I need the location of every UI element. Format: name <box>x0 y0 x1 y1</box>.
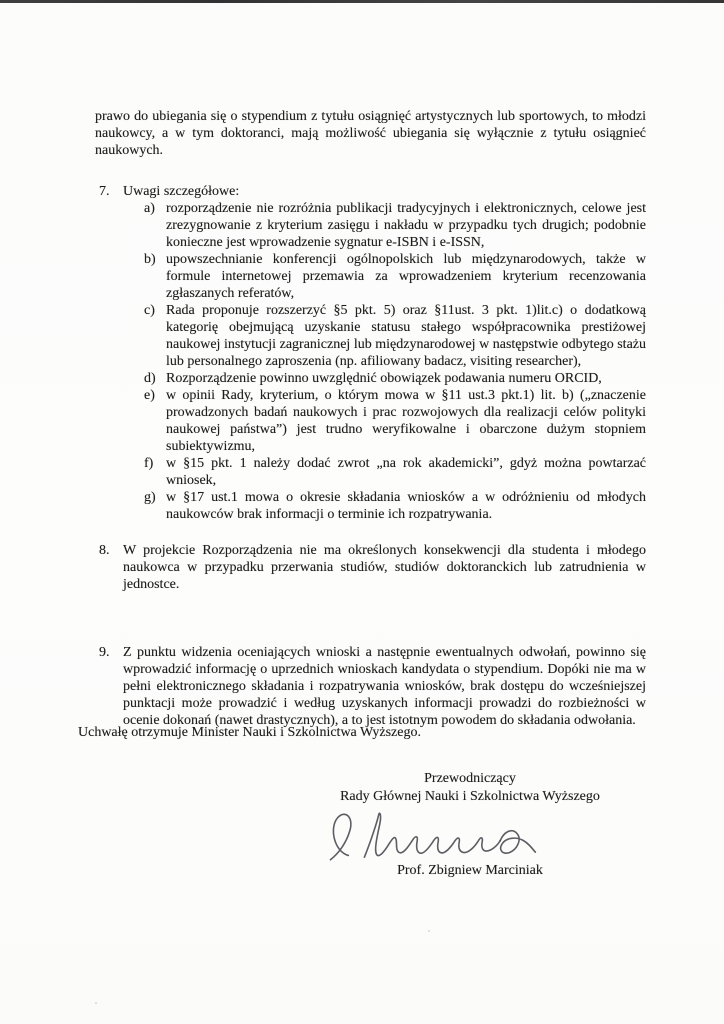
item-8-text: W projekcie Rozporządzenia nie ma określ… <box>123 543 646 592</box>
sub-item-f-text: w §15 pkt. 1 należy dodać zwrot „na rok … <box>166 456 646 488</box>
sub-item-e: e) w opinii Rady, kryterium, o którym mo… <box>78 387 646 455</box>
item-7-number: 7. <box>99 183 110 200</box>
closing-statement: Uchwałę otrzymuje Minister Nauki i Szkol… <box>78 724 646 741</box>
signature-block: Przewodniczący Rady Głównej Nauki i Szko… <box>305 770 635 880</box>
sub-item-b-text: upowszechnianie konferencji ogólnopolski… <box>166 252 646 301</box>
sub-item-a-text: rozporządzenie nie rozróżnia publikacji … <box>166 201 646 250</box>
signature-handwriting-icon <box>317 806 543 862</box>
sub-item-a: a) rozporządzenie nie rozróżnia publikac… <box>78 200 646 251</box>
sub-item-d-text: Rozporządzenie powinno uwzględnić obowią… <box>166 371 602 386</box>
item-8-number: 8. <box>99 542 110 559</box>
sub-item-a-label: a) <box>144 200 155 217</box>
item-9-text: Z punktu widzenia oceniających wnioski a… <box>123 645 646 728</box>
scan-speckle <box>95 1002 97 1004</box>
sub-item-g: g) w §17 ust.1 mowa o okresie składania … <box>78 489 646 523</box>
list-item-7: 7. Uwagi szczegółowe: a) rozporządzenie … <box>78 183 646 523</box>
sub-item-g-text: w §17 ust.1 mowa o okresie składania wni… <box>166 490 646 522</box>
list-item-9: 9. Z punktu widzenia oceniających wniosk… <box>78 644 646 729</box>
sub-item-e-text: w opinii Rady, kryterium, o którym mowa … <box>166 388 646 454</box>
sub-item-d: d) Rozporządzenie powinno uwzględnić obo… <box>78 370 646 387</box>
scan-artifact-top-edge <box>0 0 724 3</box>
sub-item-g-label: g) <box>144 489 156 506</box>
scan-speckle <box>428 930 430 932</box>
sub-item-d-label: d) <box>144 370 156 387</box>
scanned-document-page: prawo do ubiegania się o stypendium z ty… <box>0 0 724 1024</box>
signature-title-line2: Rady Głównej Nauki i Szkolnictwa Wyższeg… <box>305 788 635 806</box>
sub-item-f: f) w §15 pkt. 1 należy dodać zwrot „na r… <box>78 455 646 489</box>
signature-title-line1: Przewodniczący <box>305 770 635 788</box>
item-7-header: 7. Uwagi szczegółowe: <box>78 183 646 200</box>
item-9-number: 9. <box>99 644 110 661</box>
sub-item-b-label: b) <box>144 251 156 268</box>
sub-item-c: c) Rada proponuje rozszerzyć §5 pkt. 5) … <box>78 302 646 370</box>
list-item-8: 8. W projekcie Rozporządzenia nie ma okr… <box>78 542 646 593</box>
sub-item-c-text: Rada proponuje rozszerzyć §5 pkt. 5) ora… <box>166 303 646 369</box>
intro-paragraph: prawo do ubiegania się o stypendium z ty… <box>78 108 646 159</box>
signature-name: Prof. Zbigniew Marciniak <box>305 862 635 880</box>
sub-item-e-label: e) <box>144 387 155 404</box>
item-7-text: Uwagi szczegółowe: <box>123 184 239 199</box>
sub-item-b: b) upowszechnianie konferencji ogólnopol… <box>78 251 646 302</box>
sub-item-c-label: c) <box>144 302 155 319</box>
sub-item-f-label: f) <box>144 455 153 472</box>
